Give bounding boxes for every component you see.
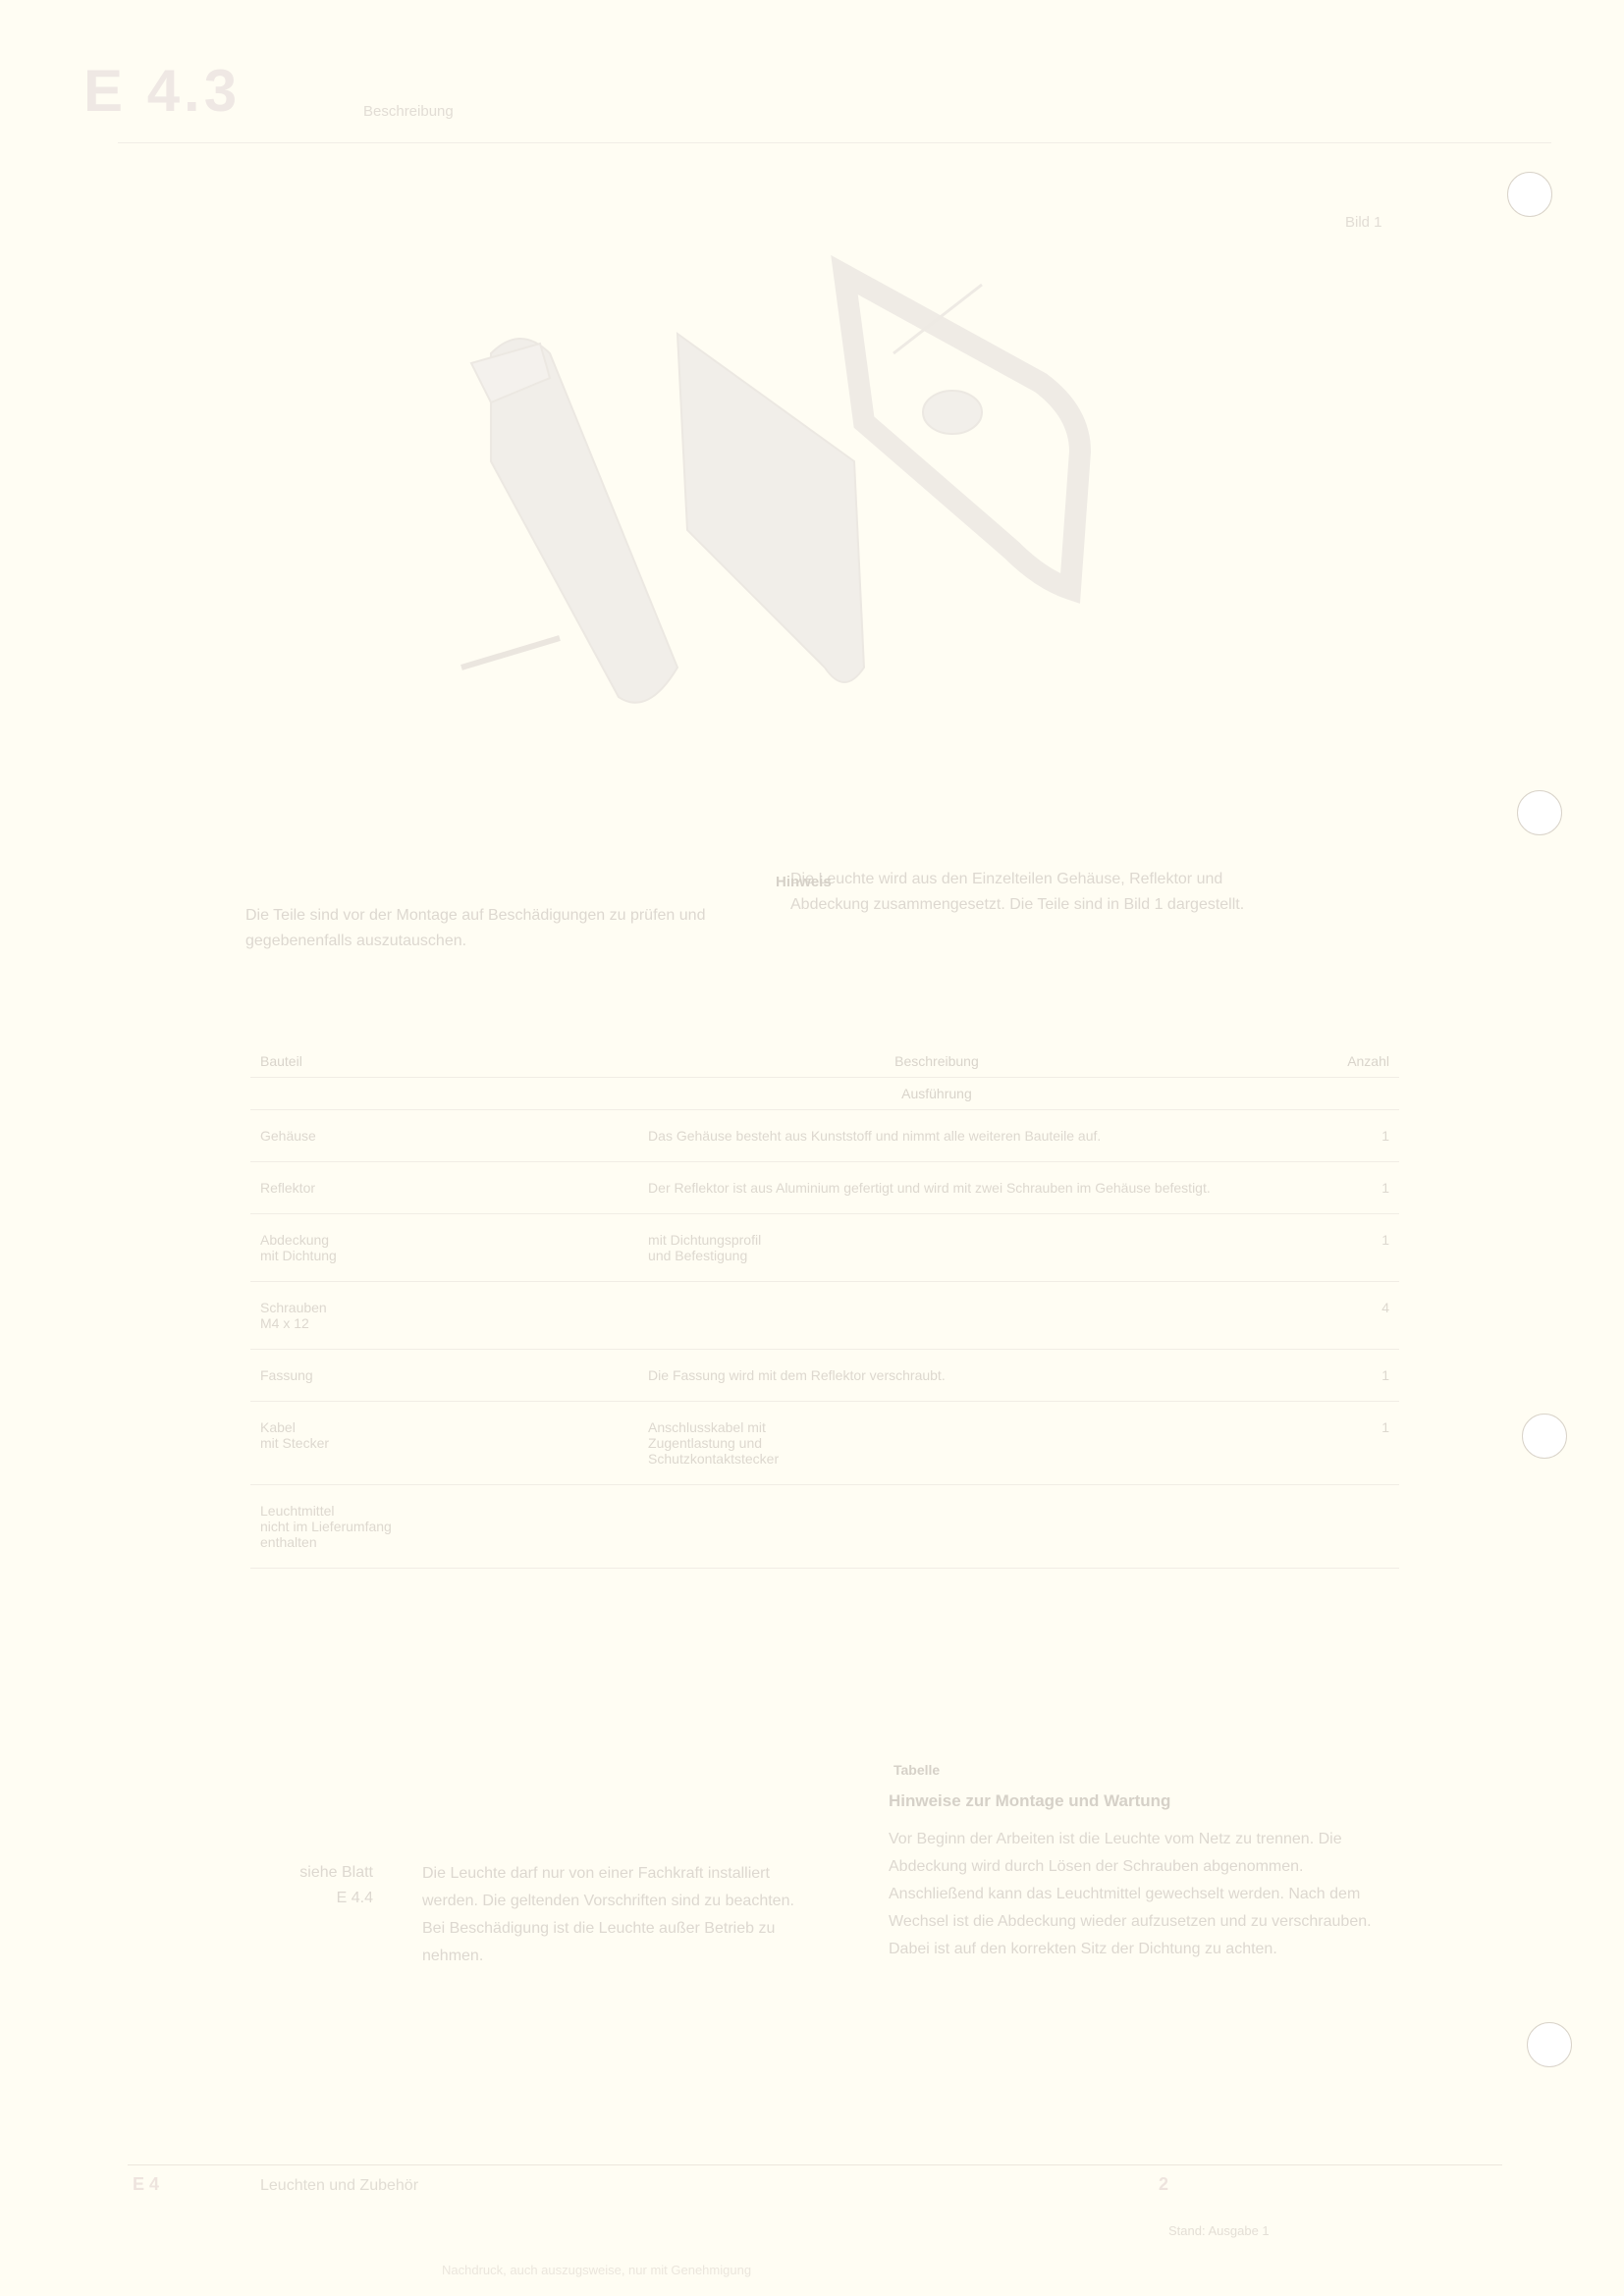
footer-title: Leuchten und Zubehör	[260, 2177, 418, 2195]
intro-paragraph: Die Leuchte wird aus den Einzelteilen Ge…	[790, 867, 1281, 918]
note-cell	[549, 1214, 638, 1282]
description-cell: Das Gehäuse besteht aus Kunststoff und n…	[638, 1110, 1235, 1162]
note-cell	[549, 1162, 638, 1214]
part-cell: Gehäuse	[250, 1110, 549, 1162]
table-row: ReflektorDer Reflektor ist aus Aluminium…	[250, 1162, 1399, 1214]
note-cell	[549, 1282, 638, 1350]
parts-table: Bauteil Beschreibung Anzahl Ausführung G…	[250, 1045, 1399, 1569]
page-number: 2	[1159, 2174, 1168, 2195]
description-cell	[638, 1485, 1235, 1569]
description-cell: mit Dichtungsprofil und Befestigung	[638, 1214, 1235, 1282]
note-cell	[549, 1110, 638, 1162]
part-cell: Kabel mit Stecker	[250, 1402, 549, 1485]
table-header-row: Bauteil Beschreibung Anzahl	[250, 1045, 1399, 1078]
table-row: Schrauben M4 x 124	[250, 1282, 1399, 1350]
description-cell	[638, 1282, 1235, 1350]
subheader	[1235, 1078, 1399, 1110]
quantity-cell: 1	[1235, 1214, 1399, 1282]
quantity-cell: 1	[1235, 1162, 1399, 1214]
subheader: Ausführung	[638, 1078, 1235, 1110]
quantity-cell: 1	[1235, 1350, 1399, 1402]
table-row: Kabel mit SteckerAnschlusskabel mit Zuge…	[250, 1402, 1399, 1485]
intro-note-paragraph: Die Teile sind vor der Montage auf Besch…	[245, 903, 756, 954]
section-right-paragraph: Vor Beginn der Arbeiten ist die Leuchte …	[889, 1826, 1399, 1963]
table-subheader-row: Ausführung	[250, 1078, 1399, 1110]
footer-rule	[128, 2164, 1502, 2165]
description-cell: Anschlusskabel mit Zugentlastung und Sch…	[638, 1402, 1235, 1485]
punch-hole-icon	[1522, 1414, 1567, 1459]
table-row: FassungDie Fassung wird mit dem Reflekto…	[250, 1350, 1399, 1402]
col-header-description: Beschreibung	[638, 1045, 1235, 1078]
footer-bottom-text: Nachdruck, auch auszugsweise, nur mit Ge…	[442, 2263, 751, 2277]
figure-label: Bild 1	[1345, 214, 1382, 231]
part-cell: Schrauben M4 x 12	[250, 1282, 549, 1350]
note-cell	[549, 1402, 638, 1485]
quantity-cell: 1	[1235, 1110, 1399, 1162]
punch-hole-icon	[1507, 172, 1552, 217]
section-mark: E 4.3	[83, 57, 241, 125]
part-cell: Leuchtmittel nicht im Lieferumfang entha…	[250, 1485, 549, 1569]
quantity-cell: 4	[1235, 1282, 1399, 1350]
running-title: Beschreibung	[363, 103, 454, 120]
header-rule	[118, 142, 1551, 143]
table-row: Leuchtmittel nicht im Lieferumfang entha…	[250, 1485, 1399, 1569]
punch-hole-icon	[1517, 790, 1562, 835]
table-row: Abdeckung mit Dichtungmit Dichtungsprofi…	[250, 1214, 1399, 1282]
note-cell	[549, 1485, 638, 1569]
part-cell: Reflektor	[250, 1162, 549, 1214]
note-cell	[549, 1350, 638, 1402]
description-cell: Die Fassung wird mit dem Reflektor versc…	[638, 1350, 1235, 1402]
col-header-quantity: Anzahl	[1235, 1045, 1399, 1078]
col-header-note	[549, 1045, 638, 1078]
quantity-cell: 1	[1235, 1402, 1399, 1485]
section-left-paragraph: Die Leuchte darf nur von einer Fachkraft…	[422, 1860, 815, 1970]
part-cell: Fassung	[250, 1350, 549, 1402]
table-row: GehäuseDas Gehäuse besteht aus Kunststof…	[250, 1110, 1399, 1162]
description-cell: Der Reflektor ist aus Aluminium gefertig…	[638, 1162, 1235, 1214]
subheader	[250, 1078, 549, 1110]
subheader	[549, 1078, 638, 1110]
part-cell: Abdeckung mit Dichtung	[250, 1214, 549, 1282]
section-number: Tabelle	[893, 1762, 940, 1778]
quantity-cell	[1235, 1485, 1399, 1569]
punch-hole-icon	[1527, 2022, 1572, 2067]
col-header-part: Bauteil	[250, 1045, 549, 1078]
intro-note-heading: Hinweis	[776, 874, 832, 890]
footer-section-mark: E 4	[133, 2174, 159, 2195]
footer-right-text: Stand: Ausgabe 1	[1168, 2223, 1270, 2238]
section-heading: Hinweise zur Montage und Wartung	[889, 1791, 1170, 1811]
margin-note: siehe Blatt E 4.4	[245, 1860, 373, 1911]
lamp-components-illustration-icon	[432, 206, 1198, 756]
